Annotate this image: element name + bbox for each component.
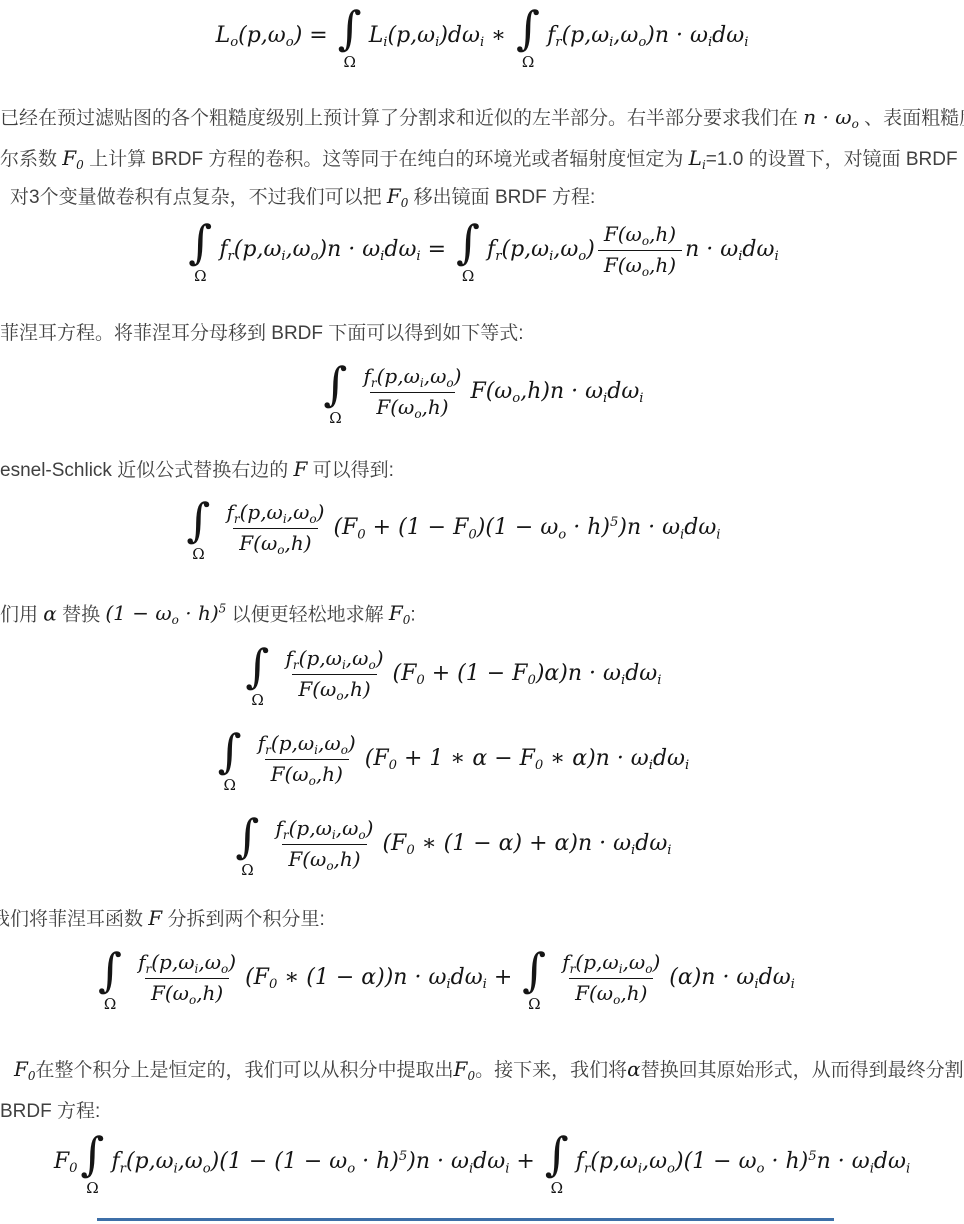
subscript: 0 (69, 1161, 77, 1176)
math-run: fr(p,ωi,ωo)(1 − (1 − ωo · h)5)n · ωidωi … (111, 1149, 541, 1176)
formula-factored-alpha: ∫Ωfr(p,ωi,ωo)F(ωo,h)(F0 ∗ (1 − α) + α)n … (0, 812, 964, 878)
subscript: o (326, 859, 333, 873)
math-run-text: α (43, 601, 57, 625)
math-run-text: dω (684, 515, 716, 540)
integral-symbol: ∫ (218, 727, 242, 777)
fraction: fr(p,ωi,ωo)F(ωo,h) (269, 816, 379, 875)
math-run-text: n · ω (817, 1149, 870, 1174)
subscript: i (906, 1162, 910, 1177)
formula-alpha-form: ∫Ωfr(p,ωi,ωo)F(ωo,h)(F0 + (1 − F0)α)n · … (0, 642, 964, 708)
math-row: ∫Ωfr(p,ωi,ωo)F(ωo,h)(F0 + (1 − F0)(1 − ω… (183, 496, 720, 562)
integral-symbol: ∫ (246, 642, 270, 692)
math-run-text: + (1 − F (425, 661, 528, 686)
omega-limit: Ω (251, 693, 263, 708)
fraction: fr(p,ωi,ωo)F(ωo,h) (132, 950, 242, 1009)
math-run-text: ,ω (553, 237, 578, 262)
math-run-text: (α)n · ω (669, 965, 754, 990)
subscript: o (642, 265, 649, 279)
paragraph-line-prefilter: 已经在预过滤贴图的各个粗糙度级别上预计算了分割求和近似的左半部分。右半部分要求我… (0, 104, 964, 138)
math-run-text: )n · ω (618, 515, 680, 540)
fraction-numerator: fr(p,ωi,ωo) (252, 731, 362, 760)
subscript: o (277, 543, 284, 557)
inline-math: n · ωo (803, 105, 859, 129)
math-run-text: ,ω (642, 1149, 667, 1174)
inline-math: F0 (387, 184, 409, 208)
math-run-text: L (369, 23, 384, 48)
subscript: 0 (468, 528, 476, 543)
math-run-text: dω (712, 23, 744, 48)
math-row: ∫Ωfr(p,ωi,ωo)F(ωo,h)(F0 + (1 − F0)α)n · … (243, 642, 662, 708)
math-run-text: (p,ω (575, 950, 618, 974)
text-run: BRDF 方程: (0, 1101, 100, 1122)
text-run: 我们将菲涅耳函数 (0, 909, 148, 930)
integral-symbol: ∫ (545, 1130, 569, 1180)
math-run-text: f (226, 500, 233, 524)
subscript: 0 (527, 673, 535, 688)
math-run-text: ,ω (336, 816, 359, 840)
math-run-text: α (627, 1057, 641, 1081)
integral-symbol: ∫ (186, 496, 210, 546)
subscript: o (446, 375, 453, 389)
text-run: =1.0 的设置下，对镜面 BRDF 求 (706, 149, 964, 170)
math-run-text: ,ω (318, 731, 341, 755)
integral-omega: ∫Ω (516, 4, 540, 70)
math-run: fr(p,ωi,ωo) (487, 237, 595, 264)
superscript: 5 (399, 1149, 407, 1164)
math-run-text: ,ω (286, 237, 311, 262)
text-run: 尔系数 (0, 149, 62, 170)
formula-brdf-over-fresnel: ∫Ωfr(p,ωi,ωo)F(ωo,h)F(ωo,h)n · ωidωi (0, 360, 964, 426)
math-run-text: F (389, 601, 403, 625)
math-run-text: (F (365, 746, 389, 771)
fraction: fr(p,ωi,ωo)F(ωo,h) (357, 364, 467, 423)
omega-limit: Ω (343, 55, 355, 70)
math-run-text: (p,ω (289, 816, 332, 840)
math-run-text: )n · ω (319, 237, 381, 262)
math-run-text: L (689, 146, 702, 170)
math-run-text: ∗ (1 − α))n · ω (277, 965, 446, 990)
math-run-text: f (487, 237, 495, 262)
math-run-text: dω (759, 965, 791, 990)
math-run-text: ) (586, 237, 595, 262)
fraction-denominator: F(ωo,h) (265, 759, 349, 789)
math-run-text: f (286, 646, 293, 670)
math-run: fr(p,ωi,ωo)(1 − ωo · h)5n · ωidωi (576, 1149, 910, 1176)
math-run-text: ∗ (1 − α) + α)n · ω (415, 831, 631, 856)
math-run-text: f (138, 950, 145, 974)
fraction-numerator: fr(p,ωi,ωo) (269, 816, 379, 845)
math-run-text: )dω (439, 23, 480, 48)
text-run: esnel-Schlick 近似公式替换右边的 (0, 460, 294, 481)
math-run-text: ) (376, 646, 384, 670)
subscript: i (744, 35, 748, 50)
math-run-text: ) = (294, 23, 335, 48)
math-run-text: (p,ω (502, 237, 550, 262)
integral-omega: ∫Ω (186, 496, 210, 562)
integral-symbol: ∫ (522, 946, 546, 996)
fraction: fr(p,ωi,ωo)F(ωo,h) (220, 500, 330, 559)
math-run-text: dω (625, 661, 657, 686)
math-run-text: dω (874, 1149, 906, 1174)
math-run-text: ,ω (178, 1149, 203, 1174)
math-run-text: F(ω (575, 981, 613, 1005)
subscript: o (642, 233, 649, 247)
math-run-text: n · ω (803, 105, 851, 129)
subscript: o (172, 613, 179, 627)
bottom-blue-rule (97, 1218, 834, 1221)
omega-limit: Ω (104, 997, 116, 1012)
integral-omega: ∫Ω (456, 218, 480, 284)
math-run-text: f (363, 364, 370, 388)
math-run-text: ,h) (316, 762, 343, 786)
integral-symbol: ∫ (338, 4, 362, 54)
math-run-text: )n · ω (646, 23, 708, 48)
fraction: fr(p,ωi,ωo)F(ωo,h) (252, 731, 362, 790)
paragraph-line-convolution: 对3个变量做卷积有点复杂，不过我们可以把 F0 移出镜面 BRDF 方程: (10, 183, 595, 217)
math-run-text: ,ω (623, 950, 646, 974)
inline-math: F0 (62, 146, 84, 170)
text-run: 在整个积分上是恒定的，我们可以从积分中提取出 (36, 1060, 454, 1081)
fraction: fr(p,ωi,ωo)F(ωo,h) (556, 950, 666, 1009)
inline-math: α (627, 1057, 641, 1081)
math-run-text: dω (653, 746, 685, 771)
math-run-text: F (294, 457, 308, 481)
omega-limit: Ω (522, 55, 534, 70)
math-run-text: F(ω (271, 762, 309, 786)
math-run-text: F(ω (151, 981, 189, 1005)
math-run-text: F(ω (604, 222, 642, 246)
math-run-text: ∗ (484, 23, 513, 48)
inline-math: α (43, 601, 57, 625)
subscript: o (286, 35, 294, 50)
fraction-numerator: fr(p,ωi,ωo) (357, 364, 467, 393)
math-run: fr(p,ωi,ωo)n · ωidωi = (219, 237, 453, 264)
formula-two-integrals: ∫Ωfr(p,ωi,ωo)F(ωo,h)(F0 ∗ (1 − α))n · ωi… (0, 946, 964, 1012)
math-run-text: (p,ω (590, 1149, 638, 1174)
math-run-text: (1 − ω (105, 601, 171, 625)
omega-limit: Ω (551, 1181, 563, 1196)
fraction-denominator: F(ωo,h) (145, 978, 229, 1008)
math-run: fr(p,ωi,ωo)n · ωidωi (547, 23, 748, 50)
math-run-text: dω (384, 237, 416, 262)
math-run: F0 (54, 1149, 78, 1176)
integral-symbol: ∫ (516, 4, 540, 54)
math-run-text: ,ω (346, 646, 369, 670)
omega-limit: Ω (224, 778, 236, 793)
math-row: ∫Ωfr(p,ωi,ωo)F(ωo,h)(F0 + 1 ∗ α − F0 ∗ α… (215, 727, 689, 793)
math-run-text: )(1 − ω (675, 1149, 757, 1174)
fraction-numerator: fr(p,ωi,ωo) (280, 646, 390, 675)
formula-f0-move-out: ∫Ωfr(p,ωi,ωo)n · ωidωi = ∫Ωfr(p,ωi,ωo)F(… (0, 218, 964, 284)
math-run-text: ) (348, 731, 356, 755)
math-run-text: (p,ω (151, 950, 194, 974)
formula-reflectance-split-sum: Lo(p,ωo) = ∫ΩLi(p,ωi)dωi ∗ ∫Ωfr(p,ωi,ωo)… (0, 4, 964, 70)
math-run-text: (p,ω (240, 500, 283, 524)
math-run-text: dω (473, 1149, 505, 1174)
math-run-text: F(ω (288, 847, 326, 871)
subscript: o (309, 774, 316, 788)
formula-final-split-sum-brdf: F0∫Ωfr(p,ωi,ωo)(1 − (1 − ωo · h)5)n · ωi… (0, 1130, 964, 1196)
subscript: i (685, 758, 689, 773)
math-run-text: (p,ω (126, 1149, 174, 1174)
math-run-text: + (509, 1149, 541, 1174)
math-run-text: F(ω (604, 253, 642, 277)
math-run: (F0 + 1 ∗ α − F0 ∗ α)n · ωidωi (365, 746, 689, 773)
math-run-text: (p,ω (562, 23, 610, 48)
fraction-denominator: F(ωo,h) (598, 250, 682, 280)
math-run-text: · h) (764, 1149, 808, 1174)
math-run-text: · h) (566, 515, 610, 540)
math-run-text: ,ω (424, 364, 447, 388)
subscript: o (368, 657, 375, 671)
math-run-text: f (111, 1149, 119, 1174)
math-run-text: ,h) (334, 847, 361, 871)
math-run-text: (F (393, 661, 417, 686)
omega-limit: Ω (86, 1181, 98, 1196)
fraction-denominator: F(ωo,h) (233, 528, 317, 558)
integral-omega: ∫Ω (235, 812, 259, 878)
integral-omega: ∫Ω (98, 946, 122, 1012)
fraction-denominator: F(ωo,h) (569, 978, 653, 1008)
math-run-text: · h) (355, 1149, 399, 1174)
omega-limit: Ω (194, 269, 206, 284)
math-run-text: ,h) (649, 253, 676, 277)
paragraph-line-split-integrals: 我们将菲涅耳函数 F 分拆到两个积分里: (0, 905, 325, 933)
math-run: n · ωidωi (685, 237, 779, 264)
math-run-text: (F (245, 965, 269, 990)
math-run-text: ) (228, 950, 236, 974)
subscript: o (230, 35, 238, 50)
integral-symbol: ∫ (188, 218, 212, 268)
subscript: o (309, 511, 316, 525)
math-run: (F0 + (1 − F0)(1 − ωo · h)5)n · ωidωi (333, 515, 720, 542)
inline-math: F (294, 457, 308, 481)
text-run: 、表面粗糙度、 (859, 108, 964, 129)
inline-math: F (148, 906, 162, 930)
subscript: 0 (28, 1069, 36, 1083)
integral-symbol: ∫ (323, 360, 347, 410)
math-run-text: (p,ω (388, 23, 436, 48)
subscript: 0 (467, 1069, 475, 1083)
math-run-text: ,h) (649, 222, 676, 246)
integral-omega: ∫Ω (218, 727, 242, 793)
math-run-text: ,h)n · ω (520, 379, 603, 404)
math-run-text: = (421, 237, 453, 262)
math-row: Lo(p,ωo) = ∫ΩLi(p,ωi)dωi ∗ ∫Ωfr(p,ωi,ωo)… (216, 4, 749, 70)
math-row: ∫Ωfr(p,ωi,ωo)F(ωo,h)(F0 ∗ (1 − α))n · ωi… (95, 946, 795, 1012)
paragraph-line-alpha-replace: 们用 α 替换 (1 − ωo · h)5 以便更轻松地求解 F0: (0, 596, 416, 634)
math-run-text: F (387, 184, 401, 208)
fraction-denominator: F(ωo,h) (282, 844, 366, 874)
math-run-text: ,h) (285, 531, 312, 555)
math-run-text: f (275, 816, 282, 840)
text-run: 替换 (57, 604, 106, 625)
math-run-text: ,h) (344, 677, 371, 701)
subscript: i (639, 391, 643, 406)
integral-omega: ∫Ω (522, 946, 546, 1012)
math-run-text: F(ω (470, 379, 512, 404)
fraction-numerator: F(ωo,h) (598, 222, 682, 251)
text-run: : (410, 604, 415, 625)
math-row: ∫Ωfr(p,ωi,ωo)n · ωidωi = ∫Ωfr(p,ωi,ωo)F(… (185, 218, 778, 284)
subscript: i (657, 673, 661, 688)
integral-omega: ∫Ω (545, 1130, 569, 1196)
math-run-text: F(ω (298, 677, 336, 701)
text-run: 上计算 BRDF 方程的卷积。这等同于在纯白的环境光或者辐射度恒定为 (84, 149, 689, 170)
integral-omega: ∫Ω (338, 4, 362, 70)
math-run-text: ,h) (422, 395, 449, 419)
math-run-text: · h) (179, 601, 219, 625)
integral-symbol: ∫ (456, 218, 480, 268)
subscript: o (512, 391, 520, 406)
text-run: 菲涅耳方程。将菲涅耳分母移到 BRDF 下面可以得到如下等式: (0, 323, 524, 344)
math-run: (α)n · ωidωi (669, 965, 795, 992)
math-run-text: n · ω (685, 237, 738, 262)
subscript: o (311, 249, 319, 264)
math-run-text: dω (451, 965, 483, 990)
fraction-denominator: F(ωo,h) (292, 674, 376, 704)
math-run-text: )n · ω (407, 1149, 469, 1174)
formula-schlick-substituted: ∫Ωfr(p,ωi,ωo)F(ωo,h)(F0 + (1 − F0)(1 − ω… (0, 496, 964, 562)
subscript: i (667, 843, 671, 858)
formula-expanded-alpha: ∫Ωfr(p,ωi,ωo)F(ωo,h)(F0 + 1 ∗ α − F0 ∗ α… (0, 727, 964, 793)
text-run: 分拆到两个积分里: (162, 909, 325, 930)
text-run: 可以得到: (307, 460, 394, 481)
fraction-numerator: fr(p,ωi,ωo) (220, 500, 330, 529)
subscript: o (852, 117, 859, 131)
fraction-denominator: F(ωo,h) (370, 392, 454, 422)
math-run-text: ) (454, 364, 462, 388)
math-row: ∫Ωfr(p,ωi,ωo)F(ωo,h)F(ωo,h)n · ωidωi (320, 360, 643, 426)
math-run-text: ) (366, 816, 374, 840)
fraction: F(ωo,h)F(ωo,h) (598, 222, 682, 281)
subscript: i (716, 528, 720, 543)
math-run-text: )(1 − ω (477, 515, 559, 540)
subscript: i (791, 977, 795, 992)
math-run-text: f (576, 1149, 584, 1174)
subscript: o (667, 1162, 675, 1177)
paragraph-line-f0-constant: F0在整个积分上是恒定的，我们可以从积分中提取出F0。接下来，我们将α替换回其原… (14, 1056, 964, 1090)
math-run-text: )(1 − (1 − ω (211, 1149, 348, 1174)
integral-omega: ∫Ω (323, 360, 347, 426)
fraction-numerator: fr(p,ωi,ωo) (556, 950, 666, 979)
math-run-text: F (148, 906, 162, 930)
subscript: 0 (76, 158, 84, 172)
math-run: (F0 ∗ (1 − α) + α)n · ωidωi (382, 831, 671, 858)
subscript: 0 (406, 843, 414, 858)
math-run-text: + (487, 965, 519, 990)
integral-omega: ∫Ω (188, 218, 212, 284)
subscript: o (347, 1162, 355, 1177)
inline-math: F0 (14, 1057, 36, 1081)
omega-limit: Ω (462, 269, 474, 284)
inline-math: Li (689, 146, 706, 170)
math-run-text: dω (607, 379, 639, 404)
math-run: F(ωo,h)n · ωidωi (470, 379, 643, 406)
math-run-text: F (454, 1057, 468, 1081)
math-run-text: dω (635, 831, 667, 856)
math-run-text: )α)n · ω (536, 661, 621, 686)
omega-limit: Ω (192, 547, 204, 562)
math-run-text: F (62, 146, 76, 170)
subscript: o (336, 689, 343, 703)
inline-math: F0 (454, 1057, 476, 1081)
paragraph-line-fresnel-coeff: 尔系数 F0 上计算 BRDF 方程的卷积。这等同于在纯白的环境光或者辐射度恒定… (0, 145, 964, 179)
math-run-text: + 1 ∗ α − F (397, 746, 535, 771)
math-run-text: (p,ω (377, 364, 420, 388)
subscript: 0 (416, 673, 424, 688)
text-run: 替换回其原始形式，从而得到最终分割求 (641, 1060, 964, 1081)
math-run-text: f (562, 950, 569, 974)
subscript: 0 (357, 528, 365, 543)
math-run-text: (F (333, 515, 357, 540)
math-run-text: F(ω (239, 531, 277, 555)
math-run-text: F (14, 1057, 28, 1081)
text-run: 们用 (0, 604, 43, 625)
math-run-text: + (1 − F (366, 515, 469, 540)
subscript: 0 (389, 758, 397, 773)
math-run-text: (p,ω (238, 23, 286, 48)
paragraph-line-fresnel-schlick: esnel-Schlick 近似公式替换右边的 F 可以得到: (0, 456, 394, 484)
math-run-text: ∗ α)n · ω (543, 746, 648, 771)
inline-math: (1 − ωo · h)5 (105, 601, 226, 625)
omega-limit: Ω (528, 997, 540, 1012)
math-run-text: ,ω (613, 23, 638, 48)
integral-symbol: ∫ (235, 812, 259, 862)
math-run-text: F (54, 1149, 69, 1174)
math-run-text: (p,ω (234, 237, 282, 262)
integral-symbol: ∫ (81, 1130, 105, 1180)
superscript: 5 (808, 1149, 816, 1164)
math-run-text: (p,ω (299, 646, 342, 670)
integral-omega: ∫Ω (81, 1130, 105, 1196)
subscript: i (774, 249, 778, 264)
math-run-text: ,ω (198, 950, 221, 974)
inline-math: F0 (389, 601, 411, 625)
subscript: o (358, 827, 365, 841)
math-run-text: (p,ω (271, 731, 314, 755)
math-run-text: ) (652, 950, 660, 974)
math-run: Lo(p,ωo) = (216, 23, 335, 50)
text-run: 对3个变量做卷积有点复杂，不过我们可以把 (10, 187, 387, 208)
math-row: F0∫Ωfr(p,ωi,ωo)(1 − (1 − ωo · h)5)n · ωi… (54, 1130, 910, 1196)
text-run: 以便更轻松地求解 (226, 604, 389, 625)
fraction-numerator: fr(p,ωi,ωo) (132, 950, 242, 979)
math-run-text: L (216, 23, 231, 48)
integral-symbol: ∫ (98, 946, 122, 996)
omega-limit: Ω (329, 411, 341, 426)
text-run: 移出镜面 BRDF 方程: (408, 187, 595, 208)
math-run: (F0 + (1 − F0)α)n · ωidωi (393, 661, 662, 688)
math-run-text: dω (742, 237, 774, 262)
math-run-text: ) (317, 500, 325, 524)
math-run-text: ,h) (196, 981, 223, 1005)
math-run: (F0 ∗ (1 − α))n · ωidωi + (245, 965, 519, 992)
integral-omega: ∫Ω (246, 642, 270, 708)
paragraph-line-fresnel-denominator: 菲涅耳方程。将菲涅耳分母移到 BRDF 下面可以得到如下等式: (0, 320, 524, 347)
math-run-text: ,h) (620, 981, 647, 1005)
subscript: o (414, 407, 421, 421)
math-row: ∫Ωfr(p,ωi,ωo)F(ωo,h)(F0 ∗ (1 − α) + α)n … (232, 812, 671, 878)
text-run: 。接下来，我们将 (475, 1060, 627, 1081)
math-run: Li(p,ωi)dωi ∗ (369, 23, 513, 50)
math-run-text: (F (382, 831, 406, 856)
paragraph-line-brdf-equation: BRDF 方程: (0, 1098, 100, 1125)
subscript: o (341, 742, 348, 756)
subscript: o (203, 1162, 211, 1177)
fraction: fr(p,ωi,ωo)F(ωo,h) (280, 646, 390, 705)
text-run: 已经在预过滤贴图的各个粗糙度级别上预计算了分割求和近似的左半部分。右半部分要求我… (0, 108, 803, 129)
